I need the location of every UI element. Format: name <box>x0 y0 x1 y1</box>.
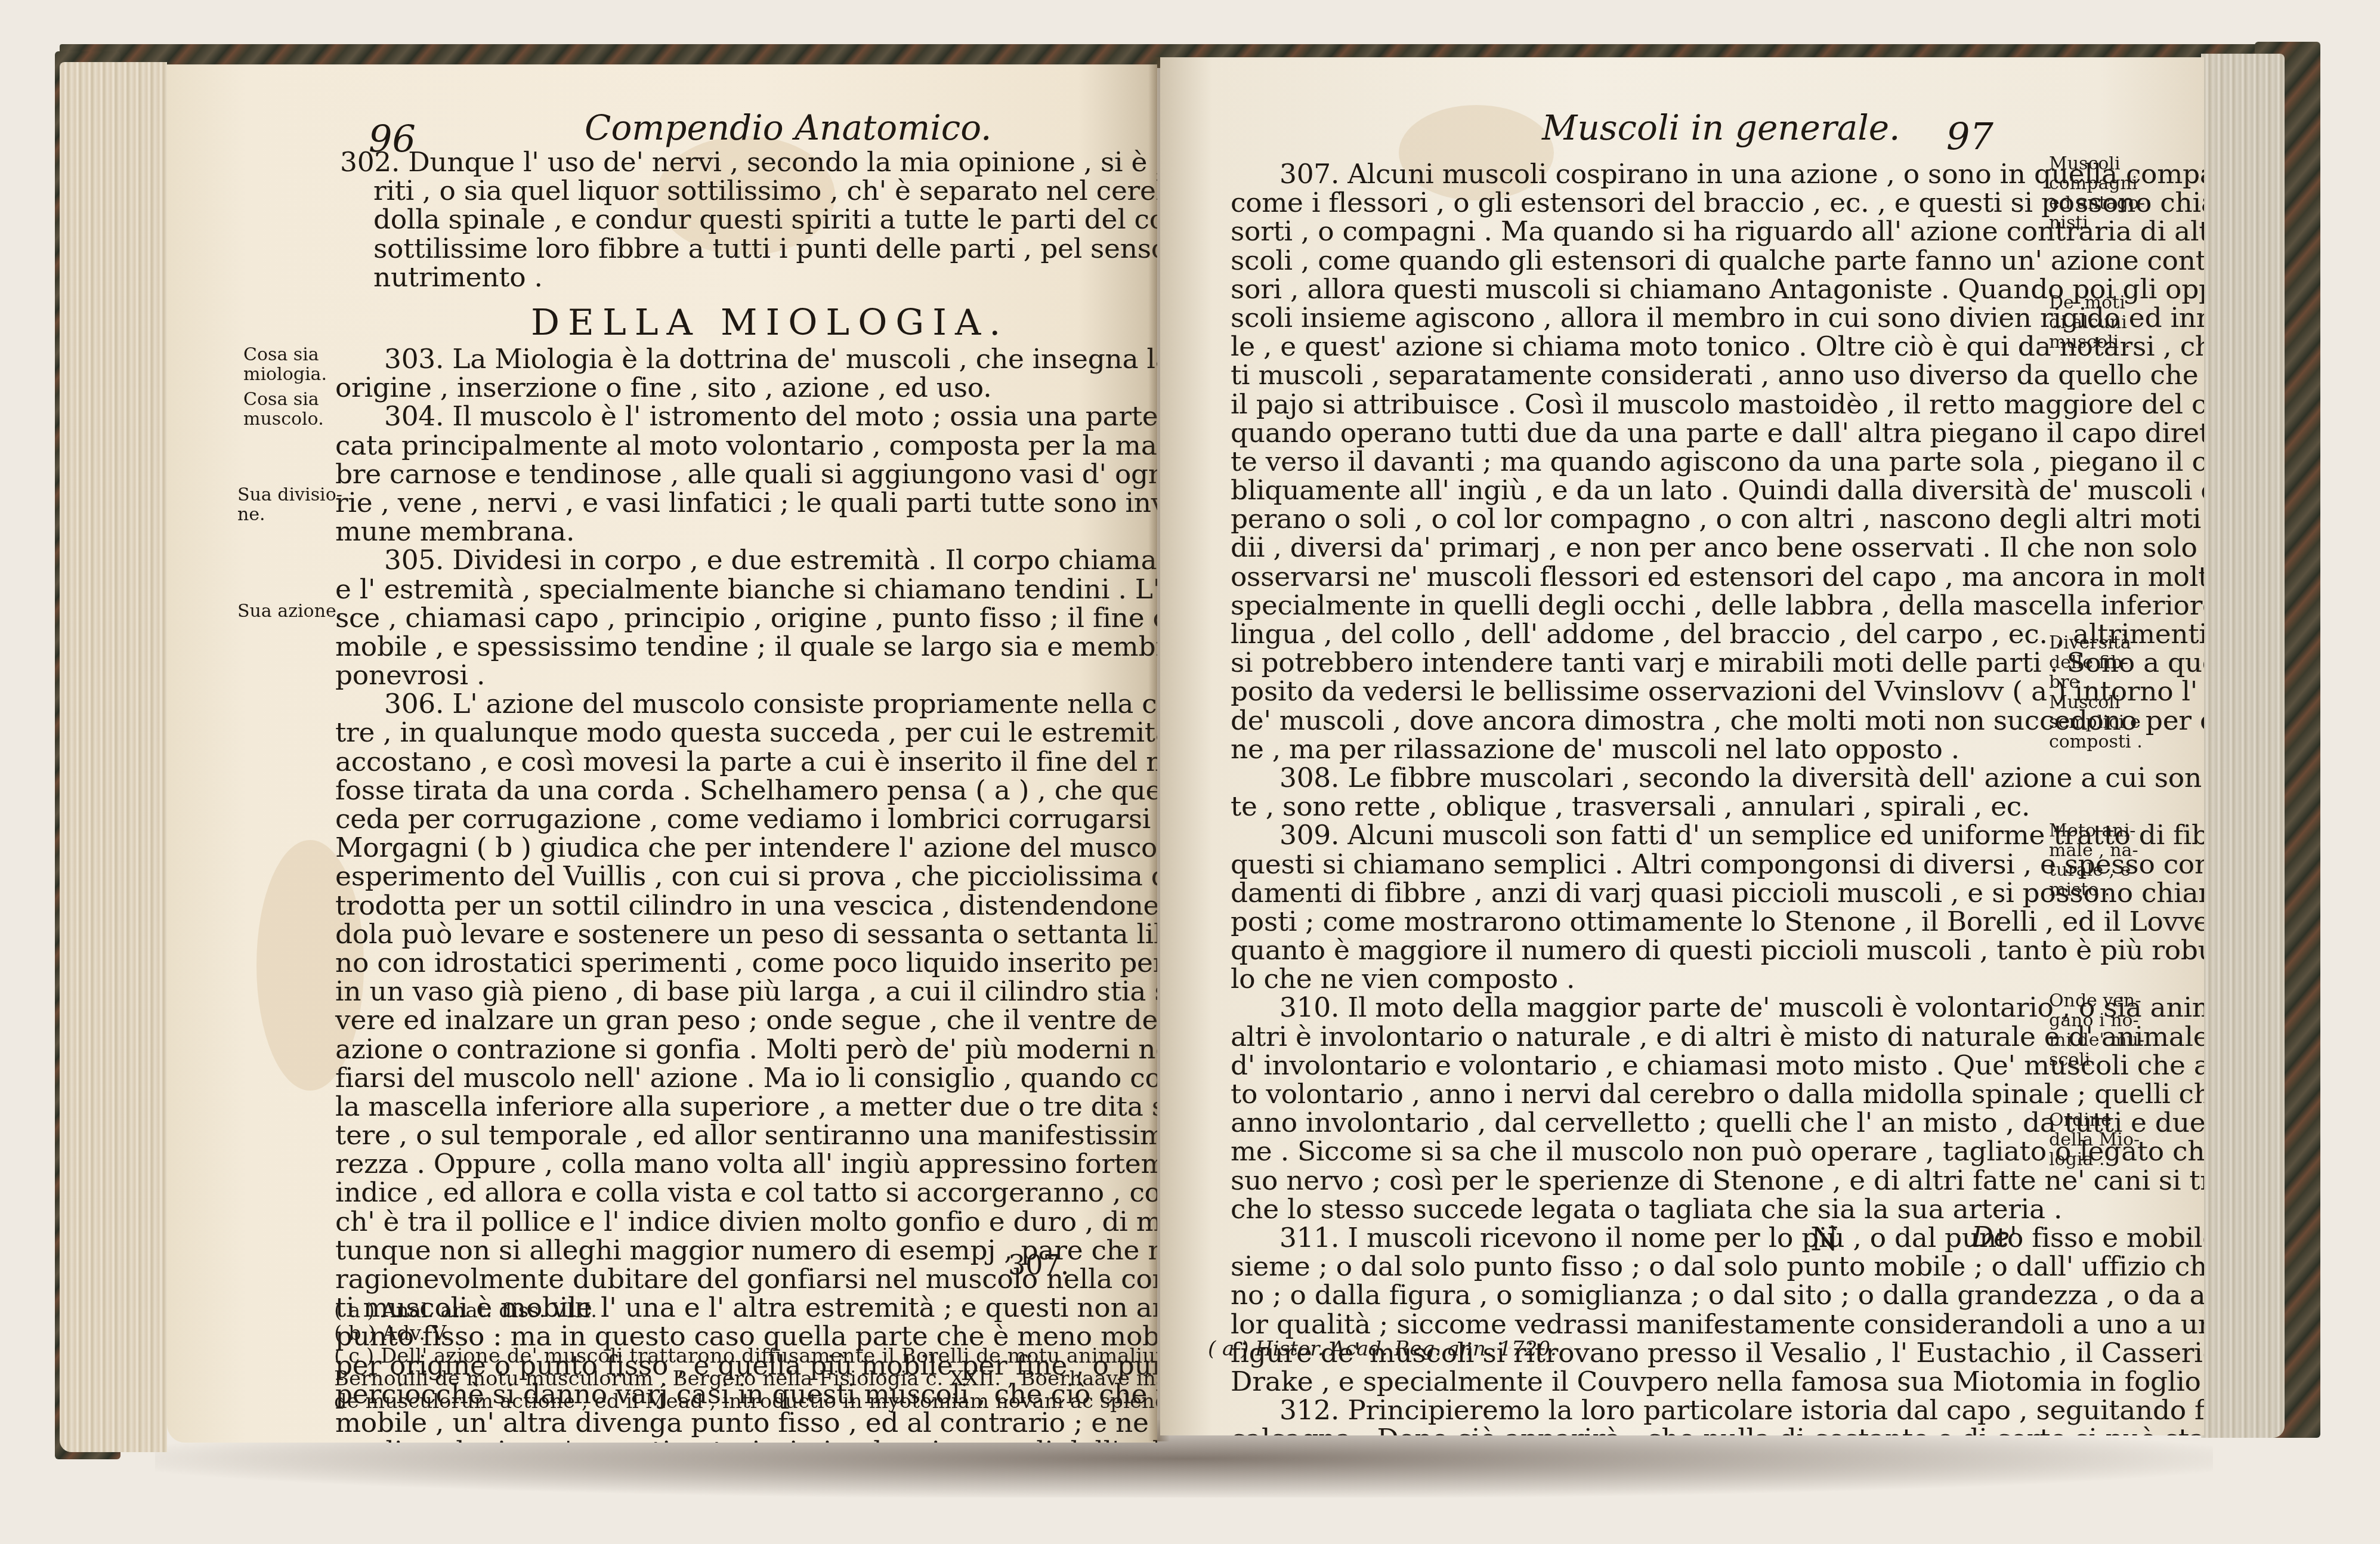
text-line: il pajo si attribuisce . Così il muscolo… <box>1231 390 2051 419</box>
text-line: no con idrostatici sperimenti , come poc… <box>335 949 1129 977</box>
text-line: 309. Alcuni muscoli son fatti d' un semp… <box>1231 821 2051 850</box>
margin-note: Sua divisio- ne. <box>237 485 342 524</box>
margin-note: Sua azione. <box>237 601 342 621</box>
margin-note: Cosa sia miologia. <box>243 345 327 384</box>
text-line: quanto è maggiore il numero di questi pi… <box>1231 936 2051 965</box>
text-line: de' muscoli , dove ancora dimostra , che… <box>1231 706 2051 735</box>
footnote: ( b ) Adv. V. <box>334 1322 1133 1345</box>
text-line: anno involontario , dal cervelletto ; qu… <box>1231 1108 2051 1137</box>
text-line: calcagna . Dopo ciò apparirà , che nulla… <box>1231 1425 2051 1435</box>
footnote: ( a ) Anal. anat. diss. VIII. <box>334 1299 1133 1322</box>
text-line: ceda per corrugazione , come vediamo i l… <box>335 805 1129 833</box>
text-line: sorti , o compagni . Ma quando si ha rig… <box>1231 217 2051 246</box>
text-line: sori , allora questi muscoli si chiamano… <box>1231 275 2051 304</box>
text-line: perano o soli , o col lor compagno , o c… <box>1231 505 2051 533</box>
text-line: posti ; come mostrarono ottimamente lo S… <box>1231 907 2051 936</box>
text-line: no ; o dalla figura , o somiglianza ; o … <box>1231 1281 2051 1310</box>
text-line: sottilissime loro fibbre a tutti i punti… <box>340 234 1121 263</box>
margin-note: Ordine della Mio- logia . <box>2049 1110 2140 1169</box>
text-line: negli scaleni , ne' serrati anteriori , … <box>335 1437 1129 1443</box>
left-page: 96 Compendio Anatomico. 302. Dunque l' u… <box>167 64 1157 1443</box>
text-line: riti , o sia quel liquor sottilissimo , … <box>340 177 1121 205</box>
text-line: dii , diversi da' primarj , e non per an… <box>1231 533 2051 562</box>
text-line: fosse tirata da una corda . Schelhamero … <box>335 776 1129 805</box>
text-line: 311. I muscoli ricevono il nome per lo p… <box>1231 1224 2051 1252</box>
text-line: dola può levare e sostenere un peso di s… <box>335 920 1129 949</box>
text-line: azione o contrazione si gonfia . Molti p… <box>335 1035 1129 1064</box>
text-line: 306. L' azione del muscolo consiste prop… <box>335 690 1129 718</box>
text-line: e l' estremità , specialmente bianche si… <box>335 575 1129 604</box>
text-line: to volontario , anno i nervi dal cerebro… <box>1231 1080 2051 1108</box>
text-line: Morgagni ( b ) giudica che per intendere… <box>335 833 1129 862</box>
text-line: cata principalmente al moto volontario ,… <box>335 431 1129 460</box>
text-line: mobile , e spessissimo tendine ; il qual… <box>335 632 1129 661</box>
margin-note: Cosa sia muscolo. <box>243 390 324 429</box>
text-line: Drake , e specialmente il Couvpero nella… <box>1231 1367 2051 1396</box>
text-line: specialmente in quelli degli occhi , del… <box>1231 591 2051 620</box>
text-line: esperimento del Vuillis , con cui si pro… <box>335 862 1129 891</box>
right-body-text: 307. Alcuni muscoli cospirano in una azi… <box>1231 160 2051 1435</box>
text-line: sce , chiamasi capo , principio , origin… <box>335 604 1129 632</box>
text-line: ti muscoli , separatamente considerati ,… <box>1231 361 2051 390</box>
text-line: mune membrana. <box>335 517 1129 546</box>
text-line: tere , o sul temporale , ed allor sentir… <box>335 1121 1129 1150</box>
text-line: 308. Le fibbre muscolari , secondo la di… <box>1231 764 2051 792</box>
text-line: come i flessori , o gli estensori del br… <box>1231 189 2051 217</box>
text-line: questi si chiamano semplici . Altri comp… <box>1231 850 2051 879</box>
text-line: d' involontario e volontario , e chiamas… <box>1231 1051 2051 1080</box>
margin-note: Diversità delle fib- bre . <box>2049 633 2131 692</box>
text-line: te , sono rette , oblique , trasversali … <box>1231 792 2051 821</box>
footnote: ( c ) Dell' azione de' muscoli trattaron… <box>334 1345 1133 1367</box>
text-line: rie , vene , nervi , e vasi linfatici ; … <box>335 489 1129 517</box>
section-heading: DELLA MIOLOGIA. <box>531 302 1009 344</box>
text-line: scoli insieme agiscono , allora il membr… <box>1231 304 2051 332</box>
margin-note: Moto ani- male , na- turale , e misto . <box>2049 821 2138 900</box>
text-line: 303. La Miologia è la dottrina de' musco… <box>335 345 1129 373</box>
margin-note: Muscoli compagni ed antago- nisti . <box>2049 154 2145 233</box>
running-header-left: Compendio Anatomico. <box>585 107 992 148</box>
text-line: 302. Dunque l' uso de' nervi , secondo l… <box>340 148 1121 177</box>
text-line: dolla spinale , e condur questi spiriti … <box>340 205 1121 234</box>
text-line: si potrebbero intendere tanti varj e mir… <box>1231 649 2051 677</box>
text-line: 310. Il moto della maggior parte de' mus… <box>1231 993 2051 1022</box>
text-line: altri è involontario o naturale , e di a… <box>1231 1023 2051 1051</box>
text-line: lo che ne vien composto . <box>1231 965 2051 993</box>
text-line: lor qualità ; siccome vedrassi manifesta… <box>1231 1310 2051 1339</box>
text-line: la mascella inferiore alla superiore , a… <box>335 1092 1129 1121</box>
page-block-left-edge <box>60 62 167 1452</box>
text-line: 312. Principieremo la loro particolare i… <box>1231 1396 2051 1425</box>
margin-note: Onde ven- gano i no- mi de' mu- scoli . <box>2049 991 2144 1070</box>
right-page: . . . . . . . . . . . . . . . . . . Musc… <box>1160 57 2204 1435</box>
text-line: damenti di fibbre , anzi di varj quasi p… <box>1231 879 2051 907</box>
text-line: sieme ; o dal solo punto fisso ; o dal s… <box>1231 1252 2051 1281</box>
text-line: scoli , come quando gli estensori di qua… <box>1231 246 2051 275</box>
footnote: Bernoulli de motu musculorum , Bergero n… <box>334 1367 1133 1390</box>
text-line: che lo stesso succede legata o tagliata … <box>1231 1195 2051 1224</box>
footnotes-left: ( a ) Anal. anat. diss. VIII. ( b ) Adv.… <box>334 1299 1133 1413</box>
margin-note: De' moti di alcuni muscoli . <box>2049 293 2130 352</box>
page-block-right-edge <box>2201 54 2285 1438</box>
text-line: trodotta per un sottil cilindro in una v… <box>335 891 1129 920</box>
paragraph-302: 302. Dunque l' uso de' nervi , secondo l… <box>340 148 1121 292</box>
text-line: rezza . Oppure , colla mano volta all' i… <box>335 1150 1129 1178</box>
text-line: nutrimento . <box>340 263 1121 292</box>
text-line: origine , inserzione o fine , sito , azi… <box>335 373 1129 402</box>
signature-mark: N <box>1810 1221 1838 1258</box>
text-line: 304. Il muscolo è l' istromento del moto… <box>335 402 1129 431</box>
text-line: ponevrosi . <box>335 661 1129 690</box>
text-line: osservarsi ne' muscoli flessori ed esten… <box>1231 563 2051 591</box>
text-line: ch' è tra il pollice e l' indice divien … <box>335 1208 1129 1236</box>
text-line: 307. Alcuni muscoli cospirano in una azi… <box>1231 160 2051 189</box>
footnote: de musculorum actione , ed il Mead , int… <box>334 1390 1133 1413</box>
text-line: bliquamente all' ingiù , e da un lato . … <box>1231 476 2051 505</box>
text-line: lingua , del collo , dell' addome , del … <box>1231 620 2051 649</box>
text-line: posito da vedersi le bellissime osservaz… <box>1231 677 2051 706</box>
text-line: me . Siccome si sa che il muscolo non pu… <box>1231 1137 2051 1166</box>
text-line: vere ed inalzare un gran peso ; onde seg… <box>335 1006 1129 1035</box>
text-line: fiarsi del muscolo nell' azione . Ma io … <box>335 1064 1129 1092</box>
text-line: ne , ma per rilassazione de' muscoli nel… <box>1231 735 2051 764</box>
footnote: ( a ) Histor. Acad. Reg. ann. 1720. <box>1208 1338 1557 1360</box>
text-line: accostano , e così movesi la parte a cui… <box>335 748 1129 776</box>
catchword-right: De' <box>1971 1221 2017 1253</box>
text-line: indice , ed allora e colla vista e col t… <box>335 1178 1129 1207</box>
running-header-right: Muscoli in generale. <box>1542 107 1900 148</box>
margin-note: Muscoli semplici e composti . <box>2049 693 2143 752</box>
text-line: suo nervo ; così per le sperienze di Ste… <box>1231 1166 2051 1195</box>
text-line: tre , in qualunque modo questa succeda ,… <box>335 718 1129 747</box>
text-line: bre carnose e tendinose , alle quali si … <box>335 460 1129 489</box>
catchword-left: 307. <box>1008 1249 1069 1281</box>
footnotes-right: ( a ) Histor. Acad. Reg. ann. 1720. <box>1208 1338 1557 1360</box>
text-line: quando operano tutti due da una parte e … <box>1231 419 2051 447</box>
text-line: 305. Dividesi in corpo , e due estremità… <box>335 546 1129 575</box>
page-number-right: 97 <box>1946 115 1993 158</box>
text-line: in un vaso già pieno , di base più larga… <box>335 977 1129 1006</box>
text-line: te verso il davanti ; ma quando agiscono… <box>1231 447 2051 476</box>
text-line: le , e quest' azione si chiama moto toni… <box>1231 332 2051 361</box>
